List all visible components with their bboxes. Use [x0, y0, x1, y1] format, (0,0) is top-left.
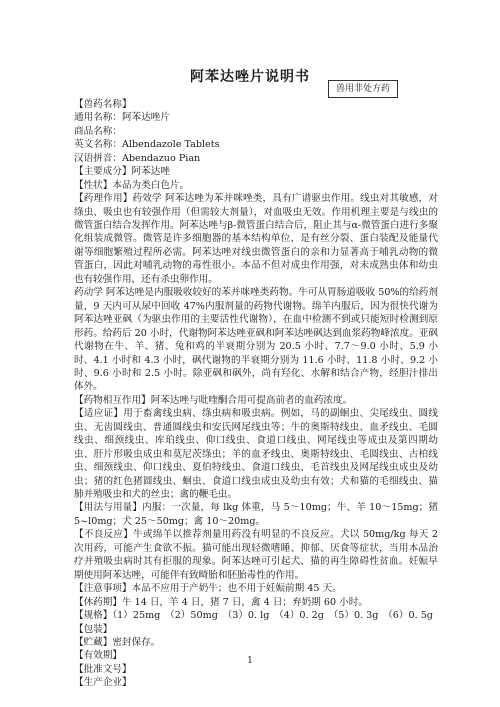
section-withdrawal: 【休药期】牛 14 日，羊 4 日，猪 7 日，禽 4 日；弃奶期 60 小时。 [74, 596, 438, 609]
section-interactions: 【药物相互作用】阿苯达唑与吡喹酮合用可提高前者的血药浓度。 [74, 394, 438, 407]
section-pharmacology: 【药理作用】药效学 阿苯达唑为苯并咪唑类，具有广谱驱虫作用。线虫对其敏感，对绦虫… [74, 192, 438, 286]
page-number: 1 [0, 656, 500, 666]
english-name: 英文名称：Albendazole Tablets [74, 138, 438, 151]
section-specs: 【规格】（1）25mg （2）50mg （3）0. lg （4）0. 2g （5… [74, 609, 438, 622]
section-adverse-reactions: 【不良反应】牛或绵羊以推荐剂量用药没有明显的不良反应。犬以 50mg/kg 每天… [74, 528, 438, 582]
section-indications: 【适应证】用于畜禽线虫病、绦虫病和吸虫病。例如，马的副蛔虫、尖尾线虫、圆线虫、无… [74, 407, 438, 501]
trade-name: 商品名称： [74, 125, 438, 138]
section-precautions: 【注意事项】本品不应用于产奶牛；也不用于妊娠前期 45 天。 [74, 582, 438, 595]
pinyin-name: 汉语拼音：Abendazuo Pian [74, 152, 438, 165]
document-body: 【兽药名称】 通用名称：阿苯达唑片 商品名称： 英文名称：Albendazole… [74, 98, 438, 690]
section-manufacturer: 【生产企业】 [74, 676, 438, 689]
generic-name: 通用名称：阿苯达唑片 [74, 111, 438, 124]
section-name-header: 【兽药名称】 [74, 98, 438, 111]
section-packaging: 【包装】 [74, 623, 438, 636]
section-dosage: 【用法与用量】内服：一次量，每 lkg 体重，马 5～10mg；牛、羊 10～1… [74, 501, 438, 528]
section-pharmacokinetics: 药动学 阿苯达唑是内服吸收较好的苯并咪唑类药物。牛可从胃肠道吸收 50%的给药剂… [74, 286, 438, 394]
section-storage: 【贮藏】密封保存。 [74, 636, 438, 649]
otc-vet-badge: 兽用非处方药 [328, 80, 398, 98]
document-title: 阿苯达唑片说明书 [0, 66, 500, 86]
section-ingredient: 【主要成分】阿苯达唑 [74, 165, 438, 178]
section-appearance: 【性状】本品为类白色片。 [74, 179, 438, 192]
